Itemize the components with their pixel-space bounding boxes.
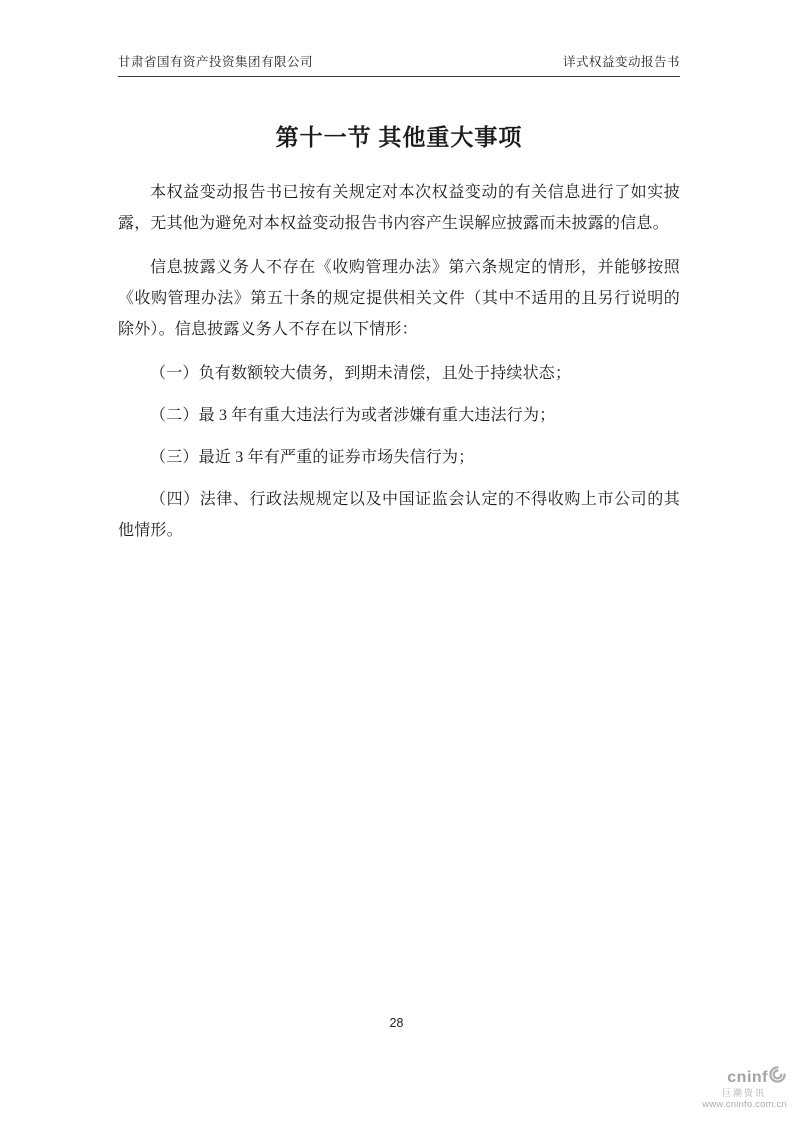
paragraph-compliance: 信息披露义务人不存在《收购管理办法》第六条规定的情形，并能够按照《收购管理办法》…: [118, 252, 680, 345]
page-number: 28: [0, 1016, 793, 1030]
cninfo-brand-text: cninf: [727, 1068, 768, 1087]
list-item-1: （一）负有数额较大债务，到期未清偿，且处于持续状态；: [118, 358, 680, 389]
paragraph-disclosure: 本权益变动报告书已按有关规定对本次权益变动的有关信息进行了如实披露，无其他为避免…: [118, 177, 680, 239]
list-item-4: （四）法律、行政法规规定以及中国证监会认定的不得收购上市公司的其他情形。: [118, 484, 680, 546]
cninfo-logo-row: cninf: [692, 1066, 788, 1088]
section-title: 第十一节 其他重大事项: [118, 121, 680, 154]
cninfo-logo: cninf 巨潮资讯 www.cninfo.com.cn: [692, 1066, 788, 1110]
cninfo-swirl-icon: [769, 1066, 786, 1088]
page-header: 甘肃省国有资产投资集团有限公司 详式权益变动报告书: [118, 52, 680, 77]
list-item-3: （三）最近 3 年有严重的证券市场失信行为；: [118, 442, 680, 473]
document-body: 第十一节 其他重大事项 本权益变动报告书已按有关规定对本次权益变动的有关信息进行…: [118, 121, 680, 557]
cninfo-brand-cn: 巨潮资讯: [692, 1088, 788, 1099]
header-report-type: 详式权益变动报告书: [563, 52, 680, 70]
header-company-name: 甘肃省国有资产投资集团有限公司: [118, 52, 313, 70]
document-page: 甘肃省国有资产投资集团有限公司 详式权益变动报告书 第十一节 其他重大事项 本权…: [0, 0, 793, 1122]
list-item-2: （二）最 3 年有重大违法行为或者涉嫌有重大违法行为；: [118, 400, 680, 431]
cninfo-url: www.cninfo.com.cn: [692, 1099, 788, 1110]
